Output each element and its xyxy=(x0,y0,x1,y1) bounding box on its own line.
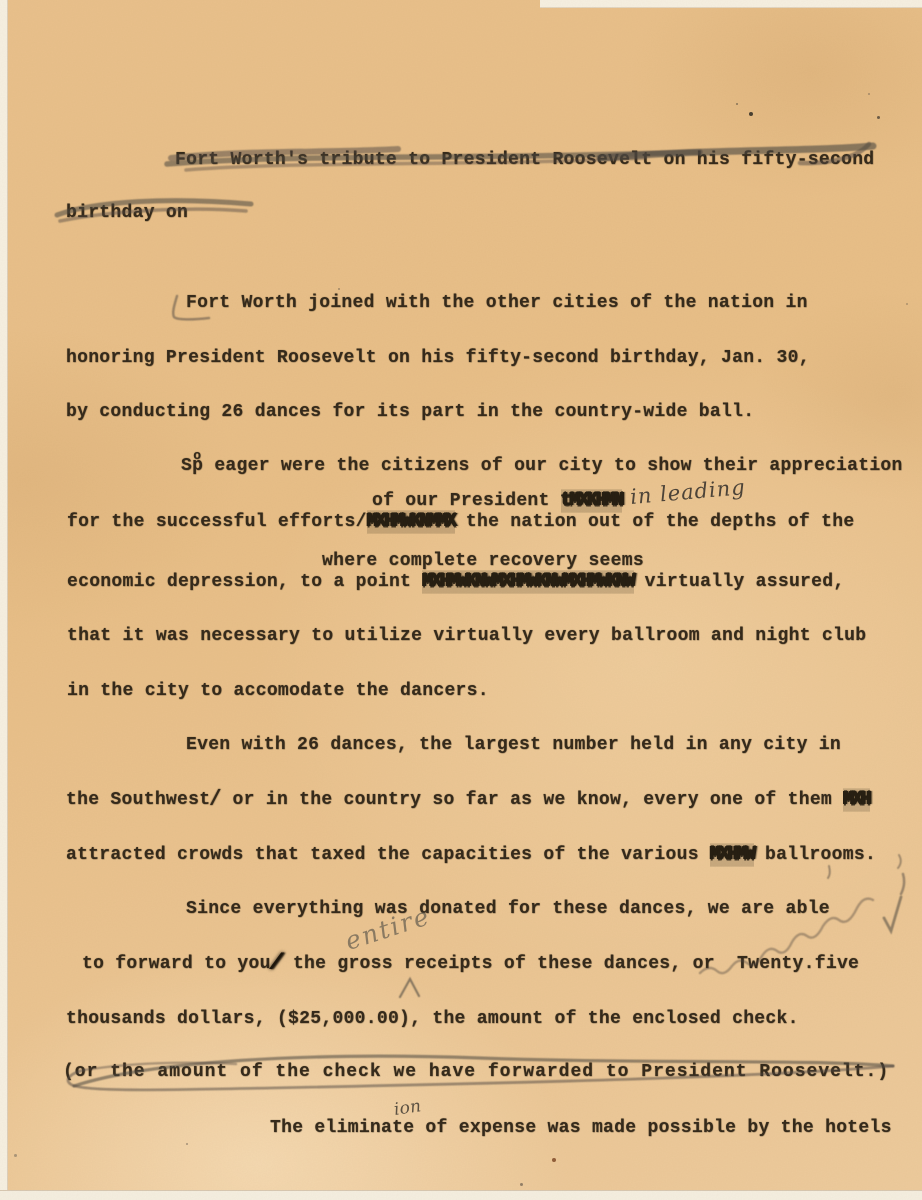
ink-speck xyxy=(338,288,340,290)
typed-text: thousands dollars, ($25,000.00), the amo… xyxy=(66,1009,799,1029)
typed-line: for the successful efforts/MXHMWKNMMX th… xyxy=(67,511,854,533)
stain-speck xyxy=(552,1158,556,1162)
typed-text: the Southwest xyxy=(66,790,210,810)
typed-text: or in the country so far as we know, eve… xyxy=(221,790,843,810)
heading-line-1: Fort Worth's tribute to President Roosev… xyxy=(175,149,874,171)
handwritten-in-leading: in leading xyxy=(630,476,747,508)
typed-line: economic depression, to a point MXHMWKNW… xyxy=(67,571,844,593)
ink-speck xyxy=(906,303,908,305)
heading-struck-word: birthday xyxy=(66,203,155,223)
typed-text: Since everything was donated for these d… xyxy=(186,899,830,919)
typed-text: The eliminate xyxy=(270,1118,414,1138)
typed-or-pencilled: or xyxy=(693,954,715,974)
typed-line: honoring President Roosevelt on his fift… xyxy=(66,347,810,369)
caret-mark xyxy=(400,979,419,997)
ink-speck xyxy=(877,116,880,119)
typed-text: of expense was made possible by the hote… xyxy=(414,1118,891,1138)
typed-line: to forward to you/ the gross receipts of… xyxy=(82,953,859,975)
typed-text: attracted crowds that taxed the capaciti… xyxy=(66,845,710,865)
typed-text: virtually assured, xyxy=(634,572,845,592)
ink-blob-slash: / xyxy=(267,949,286,979)
obliterated-text: MXHMWKNWMXHMWKNWMXHMWKNW xyxy=(422,570,633,593)
typed-text: of our President xyxy=(372,491,561,511)
ink-speck xyxy=(736,103,738,105)
typed-line: Spo eager were the citizens of our city … xyxy=(181,455,903,478)
heading-rest: on xyxy=(155,203,188,223)
typed-text: the nation out of the depths of the xyxy=(455,512,855,532)
heading-text: Fort Worth's tribute to President Roosev… xyxy=(175,150,874,170)
ink-speck xyxy=(520,1183,523,1186)
obliterated-text: MXH xyxy=(843,788,869,811)
typed-line: attracted crowds that taxed the capaciti… xyxy=(66,844,876,866)
typed-text: the gross receipts of these dances, xyxy=(282,954,693,974)
typed-text: to forward to you xyxy=(82,954,271,974)
typed-line: thousands dollars, ($25,000.00), the amo… xyxy=(66,1008,799,1030)
typed-text: where complete recovery seems xyxy=(322,551,644,571)
scan-edge-top xyxy=(540,0,922,8)
typed-text: Fort Worth joined with the other cities … xyxy=(186,293,808,313)
typed-text: (or the amount of the check we have forw… xyxy=(63,1062,889,1082)
typed-text: for the successful efforts/ xyxy=(67,512,367,532)
ink-speck xyxy=(14,1154,17,1157)
ink-speck xyxy=(186,1143,188,1145)
interline-insertion: of our President tMXKHMNin leading xyxy=(372,487,746,512)
typed-text: eager were the citizens of our city to s… xyxy=(203,456,902,476)
typed-text: by conducting 26 dances for its part in … xyxy=(66,402,754,422)
scan-edge-bottom xyxy=(0,1190,922,1200)
typed-line: Fort Worth joined with the other cities … xyxy=(186,292,808,314)
struck-typed-line: (or the amount of the check we have forw… xyxy=(63,1061,889,1083)
ink-speck xyxy=(868,93,870,95)
heading-line-2: birthday on xyxy=(66,202,188,224)
typed-line: the Southwest/ or in the country so far … xyxy=(66,789,870,811)
typed-line: in the city to accomodate the dancers. xyxy=(67,680,489,702)
interline-insertion: where complete recovery seems xyxy=(322,550,644,572)
typed-text: Twenty.five xyxy=(715,954,859,974)
ink-speck xyxy=(749,112,753,116)
typed-line: by conducting 26 dances for its part in … xyxy=(66,401,754,423)
obliterated-text: MXHMWKNMMX xyxy=(367,510,455,533)
typed-line: that it was necessary to utilize virtual… xyxy=(67,625,866,647)
typed-text: that it was necessary to utilize virtual… xyxy=(67,626,866,646)
typed-text: ballrooms. xyxy=(754,845,876,865)
typed-text: honoring President Roosevelt on his fift… xyxy=(66,348,810,368)
obliterated-text: tMXKHMN xyxy=(561,489,623,512)
heavy-slash-mark: / xyxy=(209,786,222,814)
scanned-letter-page: Fort Worth's tribute to President Roosev… xyxy=(0,0,922,1200)
typed-text: S xyxy=(181,456,192,476)
typed-line: Since everything was donated for these d… xyxy=(186,898,830,920)
typed-line: Even with 26 dances, the largest number … xyxy=(186,734,841,756)
typed-line: The eliminateion of expense was made pos… xyxy=(270,1116,892,1139)
typed-text: in the city to accomodate the dancers. xyxy=(67,681,489,701)
typed-text: Even with 26 dances, the largest number … xyxy=(186,735,841,755)
obliterated-text: MXHMW xyxy=(710,843,754,866)
scan-edge-left xyxy=(0,0,8,1200)
typed-text: economic depression, to a point xyxy=(67,572,422,592)
